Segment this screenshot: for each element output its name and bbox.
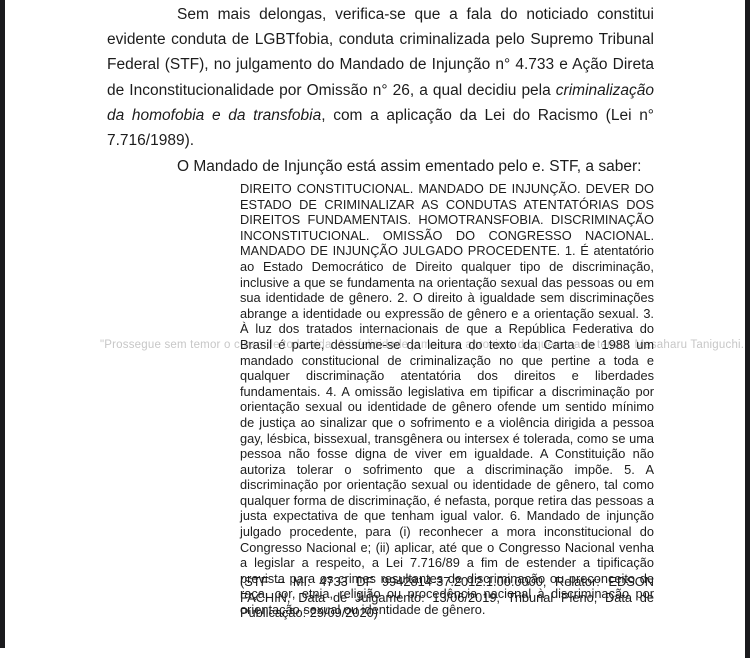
document-page: "Prossegue sem temor o curso de toda vid… bbox=[0, 0, 750, 658]
paragraph-intro-ementa: O Mandado de Injunção está assim ementad… bbox=[107, 154, 654, 179]
paragraph-lgbtfobia: Sem mais delongas, verifica-se que a fal… bbox=[107, 2, 654, 153]
left-edge-bar bbox=[0, 0, 5, 648]
right-edge-bar bbox=[745, 0, 750, 658]
stf-case-citation: (STF – MI: 4733 DF 9942814-37.2012.1.00.… bbox=[240, 574, 654, 621]
stf-ementa-quote: DIREITO CONSTITUCIONAL. MANDADO DE INJUN… bbox=[240, 181, 654, 618]
